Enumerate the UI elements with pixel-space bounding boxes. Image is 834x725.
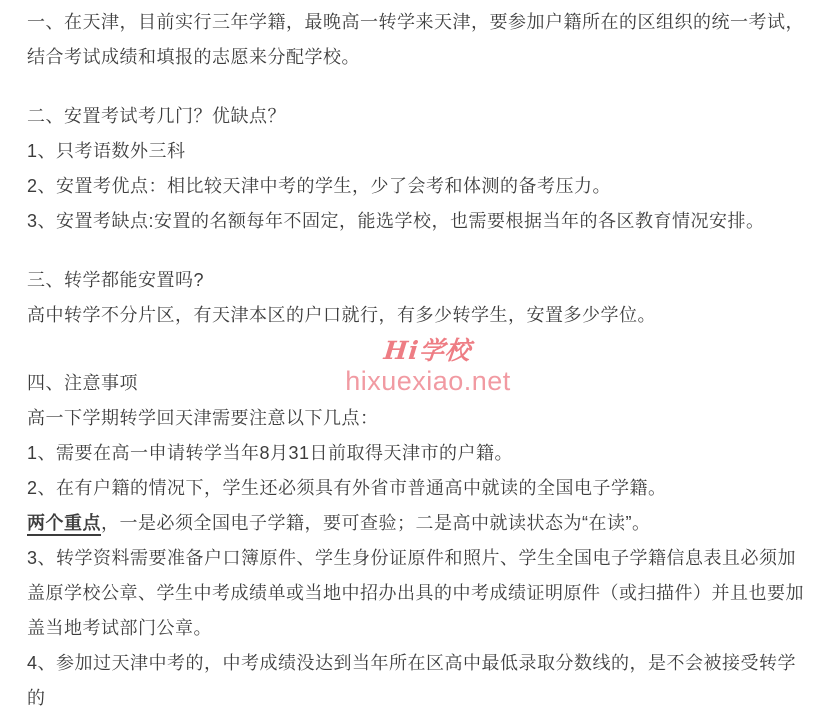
section-4-intro: 高一下学期转学回天津需要注意以下几点： xyxy=(27,401,807,436)
section-1-paragraph: 一、在天津，目前实行三年学籍，最晚高一转学来天津，要参加户籍所在的区组织的统一考… xyxy=(27,5,807,75)
section-3-heading: 三、转学都能安置吗? xyxy=(27,263,807,298)
emphasized-text: 两个重点 xyxy=(27,513,101,533)
section-2-item-3: 3、安置考缺点:安置的名额每年不固定，能选学校，也需要根据当年的各区教育情况安排… xyxy=(27,204,807,239)
section-2-heading: 二、安置考试考几门？优缺点？ xyxy=(27,99,807,134)
document-page: 一、在天津，目前实行三年学籍，最晚高一转学来天津，要参加户籍所在的区组织的统一考… xyxy=(0,0,834,725)
section-4-item-1: 1、需要在高一申请转学当年8月31日前取得天津市的户籍。 xyxy=(27,436,807,471)
section-2-item-1: 1、只考语数外三科 xyxy=(27,134,807,169)
section-4-key-points: 两个重点，一是必须全国电子学籍，要可查验；二是高中就读状态为“在读”。 xyxy=(27,506,807,541)
section-3-paragraph: 高中转学不分片区，有天津本区的户口就行，有多少转学生，安置多少学位。 xyxy=(27,298,807,333)
document-body: 一、在天津，目前实行三年学籍，最晚高一转学来天津，要参加户籍所在的区组织的统一考… xyxy=(27,5,807,716)
section-2-item-2: 2、安置考优点：相比较天津中考的学生，少了会考和体测的备考压力。 xyxy=(27,169,807,204)
section-4-item-3: 3、转学资料需要准备户口簿原件、学生身份证原件和照片、学生全国电子学籍信息表且必… xyxy=(27,541,807,646)
section-4-heading: 四、注意事项 xyxy=(27,366,807,401)
section-4-item-4: 4、参加过天津中考的，中考成绩没达到当年所在区高中最低录取分数线的，是不会被接受… xyxy=(27,646,807,716)
section-4-item-2: 2、在有户籍的情况下，学生还必须具有外省市普通高中就读的全国电子学籍。 xyxy=(27,471,807,506)
